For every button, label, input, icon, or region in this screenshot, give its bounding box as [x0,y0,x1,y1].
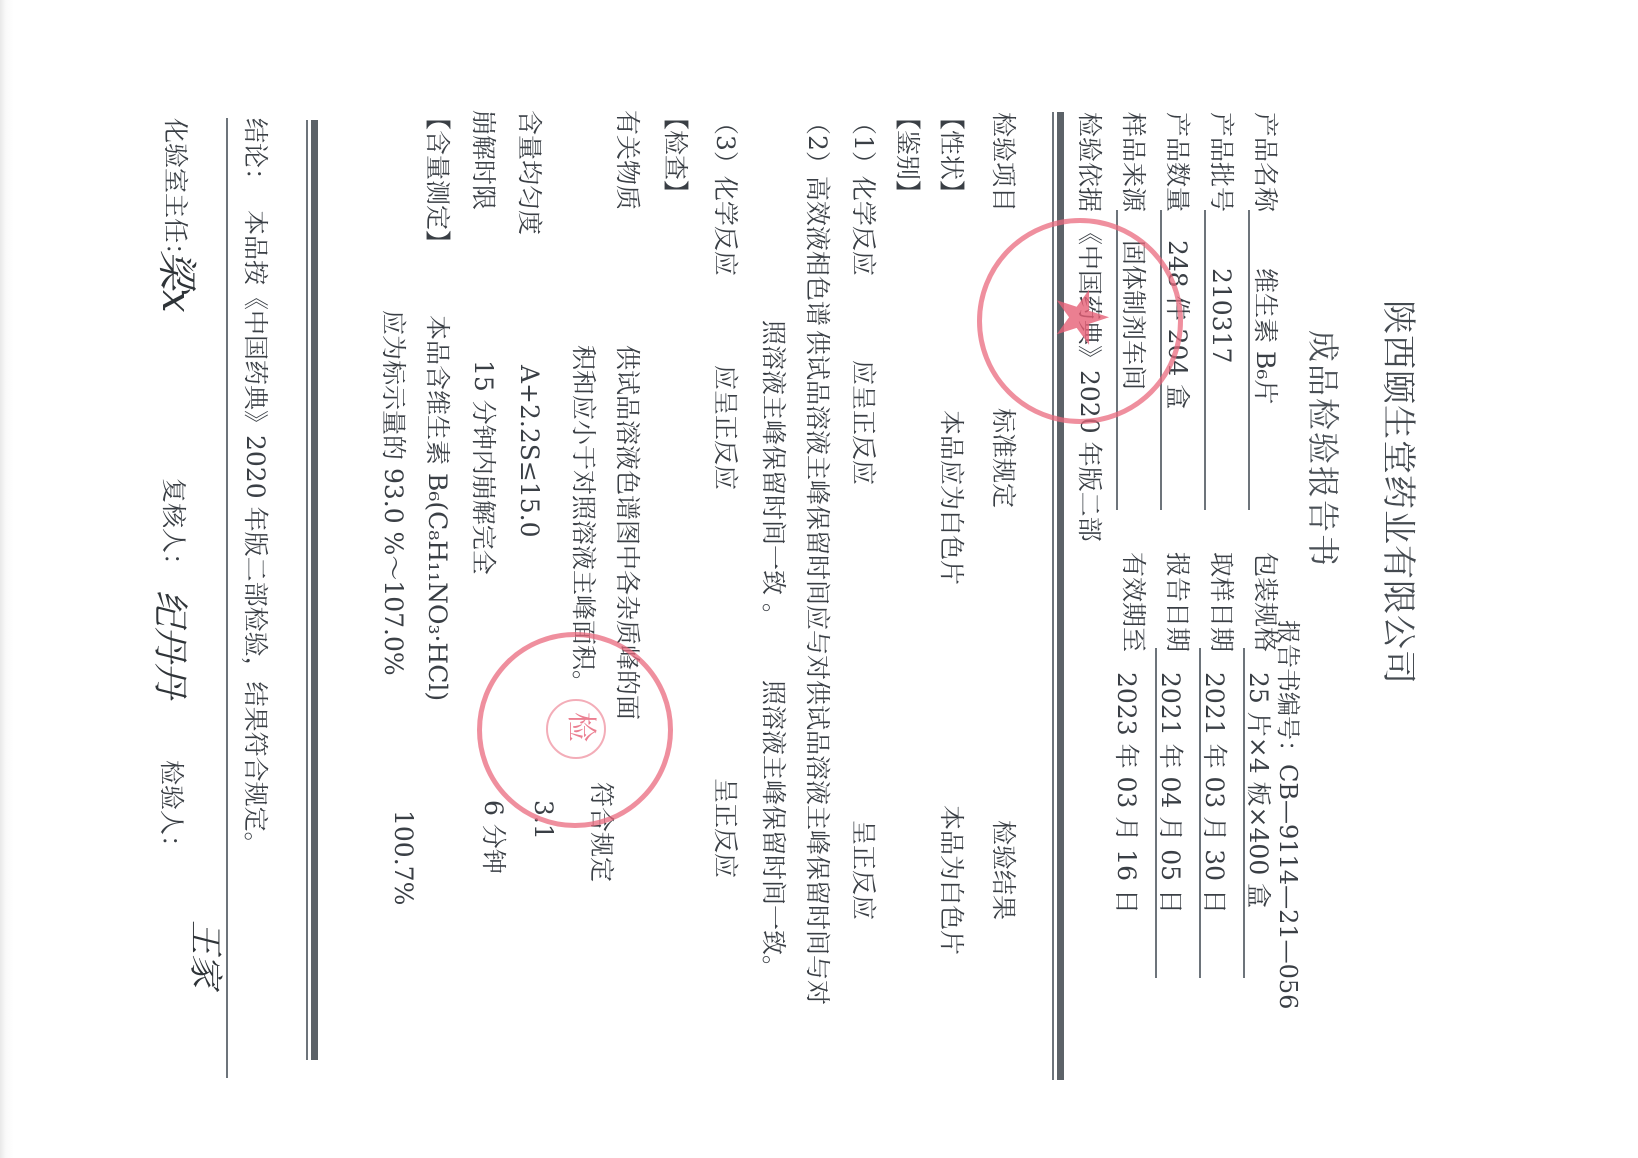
inspector-label: 检验人： [156,760,186,860]
conclusion-text: 本品按《中国药典》2020 年版二部检验，结果符合规定。 [240,210,270,857]
underline [1199,648,1201,978]
underline [1204,210,1206,510]
reviewer-label: 复核人： [158,478,188,578]
field-label-product-name: 产品名称 [1250,112,1280,212]
row-standard: 应呈正反应 [710,365,740,490]
reviewer-signature: 纪丹丹 [147,590,198,698]
inspection-report-page: 陕西颐生堂药业有限公司 成品检验报告书 报告书编号：CB—9114—21—056… [0,0,1638,1158]
underline [1248,210,1250,510]
row-item: （3）化学反应 [710,110,740,276]
field-value-product-name: 维生素 B₆片 [1250,268,1280,404]
underline [1243,648,1245,978]
field-label-expiry: 有效期至 [1118,552,1148,652]
row-item: 【检查】 [660,105,690,205]
row-standard: 本品应为白色片 [936,410,966,585]
inspection-glyph-icon: 检 [562,712,598,742]
column-header-result: 检验结果 [988,820,1018,920]
row-item: （2）高效液相色谱 [802,110,832,326]
row-item: 【性状】 [936,105,966,205]
conclusion-label: 结论： [240,118,270,193]
field-label-sampling-date: 取样日期 [1206,552,1236,652]
table-bottom-rule [311,120,318,1060]
report-number: 报告书编号：CB—9114—21—056 [1273,620,1303,1009]
row-standard: 15 分钟内崩解完全 [468,360,498,575]
underline [1155,648,1157,978]
row-standard-line1: 本品含维生素 B₆(C₈H₁₁NO₃·HCl) [422,315,452,701]
row-standard-line1: 供试品溶液主峰保留时间应与对 [802,330,832,680]
field-value-package: 25 片×4 板×400 盒 [1243,672,1273,908]
report-number-value: CB—9114—21—056 [1274,764,1302,1009]
star-icon: ★ [1046,285,1118,350]
row-result: 本品为白色片 [936,805,966,955]
row-standard: A+2.2S≤15.0 [514,365,544,538]
field-value-expiry: 2023 年 03 月 16 日 [1111,672,1141,914]
inspector-signature: 王家 [184,920,233,988]
row-result: 6 分钟 [478,800,508,874]
row-result-line2: 照溶液主峰保留时间一致。 [758,680,788,980]
company-seal-stamp: ★ [977,218,1183,424]
report-title: 成品检验报告书 [1308,330,1338,568]
company-name: 陕西颐生堂药业有限公司 [1383,300,1413,685]
field-label-report-date: 报告日期 [1162,552,1192,652]
row-item: （1）化学反应 [848,110,878,276]
field-value-report-date: 2021 年 04 月 05 日 [1155,672,1185,914]
row-item: 崩解时限 [468,110,498,210]
field-label-batch-no: 产品批号 [1206,112,1236,212]
lab-director-signature: 梁x [151,250,208,313]
row-item: 【鉴别】 [892,105,922,205]
row-item: 含量均匀度 [514,110,544,235]
row-item: 【含量测定】 [422,105,452,255]
field-label-quantity: 产品数量 [1162,112,1192,212]
row-result: 呈正反应 [848,820,878,920]
row-item: 有关物质 [612,110,642,210]
row-standard-line2: 照溶液主峰保留时间一致 。 [758,320,788,628]
lab-director-label: 化验室主任： [160,118,190,268]
field-label-sample-source: 样品来源 [1118,112,1148,212]
row-result-line1: 供试品溶液主峰保留时间与对 [802,680,832,1005]
row-standard: 应呈正反应 [848,360,878,485]
field-value-batch-no: 210317 [1206,268,1236,363]
row-result: 100.7% [388,810,418,905]
column-header-item: 检验项目 [988,112,1018,212]
qc-seal-stamp: 检 [477,632,673,828]
field-label-basis: 检验依据 [1074,112,1104,212]
row-standard-line2: 应为标示量的 93.0 %～107.0% [378,310,408,676]
field-value-sampling-date: 2021 年 03 月 30 日 [1199,672,1229,914]
column-header-standard: 标准规定 [988,408,1018,508]
row-result: 呈正反应 [710,778,740,878]
field-label-package: 包装规格 [1250,552,1280,652]
